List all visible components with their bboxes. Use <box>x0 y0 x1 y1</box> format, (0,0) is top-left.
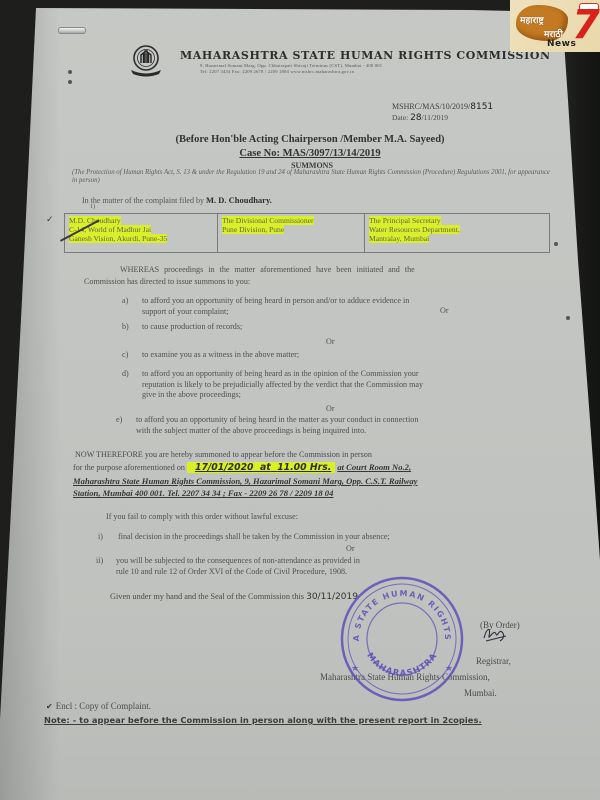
hearing-line: for the purpose aforementioned on 17/01/… <box>73 462 411 473</box>
given-under-seal: Given under my hand and the Seal of the … <box>110 592 358 602</box>
commission-emblem-icon <box>126 44 166 78</box>
item-text: you will be subjected to the consequence… <box>116 556 360 577</box>
court-room: at Court Room No.2, <box>337 462 411 472</box>
party-line: Pune Division, Pune <box>222 225 284 234</box>
party-cell-respondent-1: The Divisional Commissioner Pune Divisio… <box>218 214 365 252</box>
reference-text: MSHRC/MAS/10/2019/ <box>392 102 470 111</box>
item-label: e) <box>116 415 122 424</box>
bench-line: (Before Hon'ble Acting Chairperson /Memb… <box>0 134 600 145</box>
party-line: The Principal Secretary <box>369 216 441 225</box>
matter-line: In the matter of the complaint filed by … <box>82 195 272 205</box>
legal-provision: (The Protection of Human Rights Act, S. … <box>72 169 552 185</box>
hearing-datetime: 17/01/2020 at 11.00 Hrs. <box>187 462 335 473</box>
svg-text:MAHARASHTRA STATE HUMAN RIGHTS: MAHARASHTRA STATE HUMAN RIGHTS COMMISSIO… <box>337 573 452 641</box>
brand-text-line1: महाराष्ट्र <box>520 13 544 26</box>
item-label: d) <box>122 369 129 378</box>
case-number: Case No: MAS/3097/13/14/2019 <box>0 148 600 159</box>
item-text: to afford you an opportunity of being he… <box>136 415 418 436</box>
item-label: i) <box>98 532 103 541</box>
complainant-name: M. D. Choudhary. <box>206 195 272 205</box>
paper-clip <box>58 27 86 34</box>
noncompliance-intro: If you fail to comply with this order wi… <box>106 512 298 521</box>
item-text: to examine you as a witness in the above… <box>142 350 299 361</box>
matter-prefix: In the matter of the complaint filed by <box>82 196 204 205</box>
date-rest: /11/2019 <box>422 113 448 122</box>
item-label: b) <box>122 322 129 331</box>
hearing-time: 11.00 Hrs. <box>277 462 331 473</box>
registrar-designation: Registrar, <box>476 656 511 666</box>
enclosure-line: ✔Encl : Copy of Complaint. <box>46 701 151 711</box>
date-handwritten: 28 <box>410 113 421 123</box>
item-text: to afford you an opportunity of being he… <box>142 369 423 401</box>
paper-speck <box>554 242 558 246</box>
whereas-line-2: Commission has directed to issue summons… <box>84 277 250 286</box>
item-text: final decision in the proceedings shall … <box>118 532 390 543</box>
signature-icon <box>481 624 509 644</box>
pen-mark-icon: ✓ <box>46 214 54 225</box>
item-text: to afford you an opportunity of being he… <box>142 296 409 317</box>
summons-document: MAHARASHTRA STATE HUMAN RIGHTS COMMISSIO… <box>0 0 600 800</box>
or-separator: Or <box>440 306 449 315</box>
party-number: 1) <box>90 204 95 210</box>
paper-speck <box>566 316 570 320</box>
hearing-prefix: for the purpose aforementioned on <box>73 463 185 472</box>
item-label: c) <box>122 350 128 359</box>
signatory-city: Mumbai. <box>464 688 497 698</box>
commission-seal-icon: MAHARASHTRA STATE HUMAN RIGHTS COMMISSIO… <box>337 573 467 705</box>
party-line: Ganesh Vision, Akurdi, Pune-35 <box>69 234 167 243</box>
svg-text:★: ★ <box>445 663 453 673</box>
party-cell-respondent-2: The Principal Secretary Water Resources … <box>365 214 549 252</box>
reference-date: Date: 28/11/2019 <box>392 113 448 123</box>
news-channel-logo: महाराष्ट्र मराठी News 7 <box>510 0 600 52</box>
or-separator: Or <box>326 404 335 413</box>
party-cell-complainant: M.D. Choudhary C-14, World of Madhur Jai… <box>65 214 218 252</box>
or-separator: Or <box>346 544 355 553</box>
org-title: MAHARASHTRA STATE HUMAN RIGHTS COMMISSIO… <box>180 49 520 62</box>
punch-hole <box>68 70 72 74</box>
paper-shadow <box>0 0 60 800</box>
reference-handwritten: 8151 <box>470 102 493 112</box>
org-contact: Tel: 2207 3434 Fax: 2209 2678 / 2209 180… <box>200 69 354 74</box>
party-line: Mantralay, Mumbai <box>369 234 429 243</box>
date-label: Date: <box>392 113 408 122</box>
item-label: ii) <box>96 556 103 565</box>
punch-hole <box>68 80 72 84</box>
org-address: 9, Hazarimal Somani Marg, Opp. Chhatrapa… <box>200 63 382 68</box>
item-label: a) <box>122 296 128 305</box>
brand-number: 7 <box>572 5 600 45</box>
enclosure-text: Encl : Copy of Complaint. <box>56 701 151 711</box>
svg-text:★: ★ <box>351 663 359 673</box>
reference-number: MSHRC/MAS/10/2019/8151 <box>392 102 493 112</box>
party-line: The Divisional Commissioner <box>222 216 314 225</box>
party-line: Water Resources Department, <box>369 225 460 234</box>
appearance-note: Note: - to appear before the Commission … <box>44 715 482 725</box>
whereas-line-1: WHEREAS proceedings in the matter aforem… <box>120 265 415 274</box>
venue-address: Maharashtra State Human Rights Commissio… <box>73 476 417 486</box>
item-text: to cause production of records; <box>142 322 242 333</box>
now-therefore-line: NOW THEREFORE you are hereby summoned to… <box>75 450 372 459</box>
check-icon: ✔ <box>46 702 53 711</box>
hearing-date: 17/01/2020 <box>195 462 254 473</box>
or-separator: Or <box>326 337 335 346</box>
venue-contact: Station, Mumbai 400 001. Tel. 2207 34 34… <box>73 488 333 498</box>
parties-table: M.D. Choudhary C-14, World of Madhur Jai… <box>64 213 550 253</box>
svg-text:MAHARASHTRA: MAHARASHTRA <box>364 651 439 679</box>
given-text: Given under my hand and the Seal of the … <box>110 592 304 601</box>
